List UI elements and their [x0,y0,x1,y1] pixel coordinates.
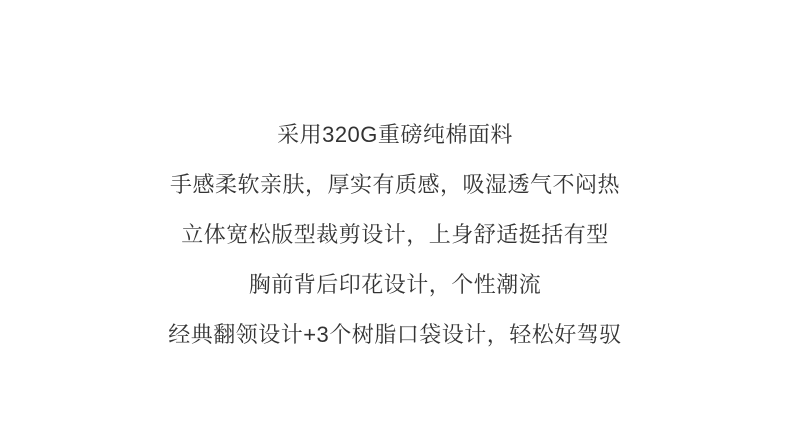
description-line-print: 胸前背后印花设计，个性潮流 [0,260,790,310]
description-line-collar: 经典翻领设计+3个树脂口袋设计，轻松好驾驭 [0,310,790,360]
description-line-feel: 手感柔软亲肤，厚实有质感，吸湿透气不闷热 [0,160,790,210]
description-line-fit: 立体宽松版型裁剪设计，上身舒适挺括有型 [0,210,790,260]
product-description: 采用320G重磅纯棉面料 手感柔软亲肤，厚实有质感，吸湿透气不闷热 立体宽松版型… [0,0,790,431]
description-line-fabric: 采用320G重磅纯棉面料 [0,110,790,160]
